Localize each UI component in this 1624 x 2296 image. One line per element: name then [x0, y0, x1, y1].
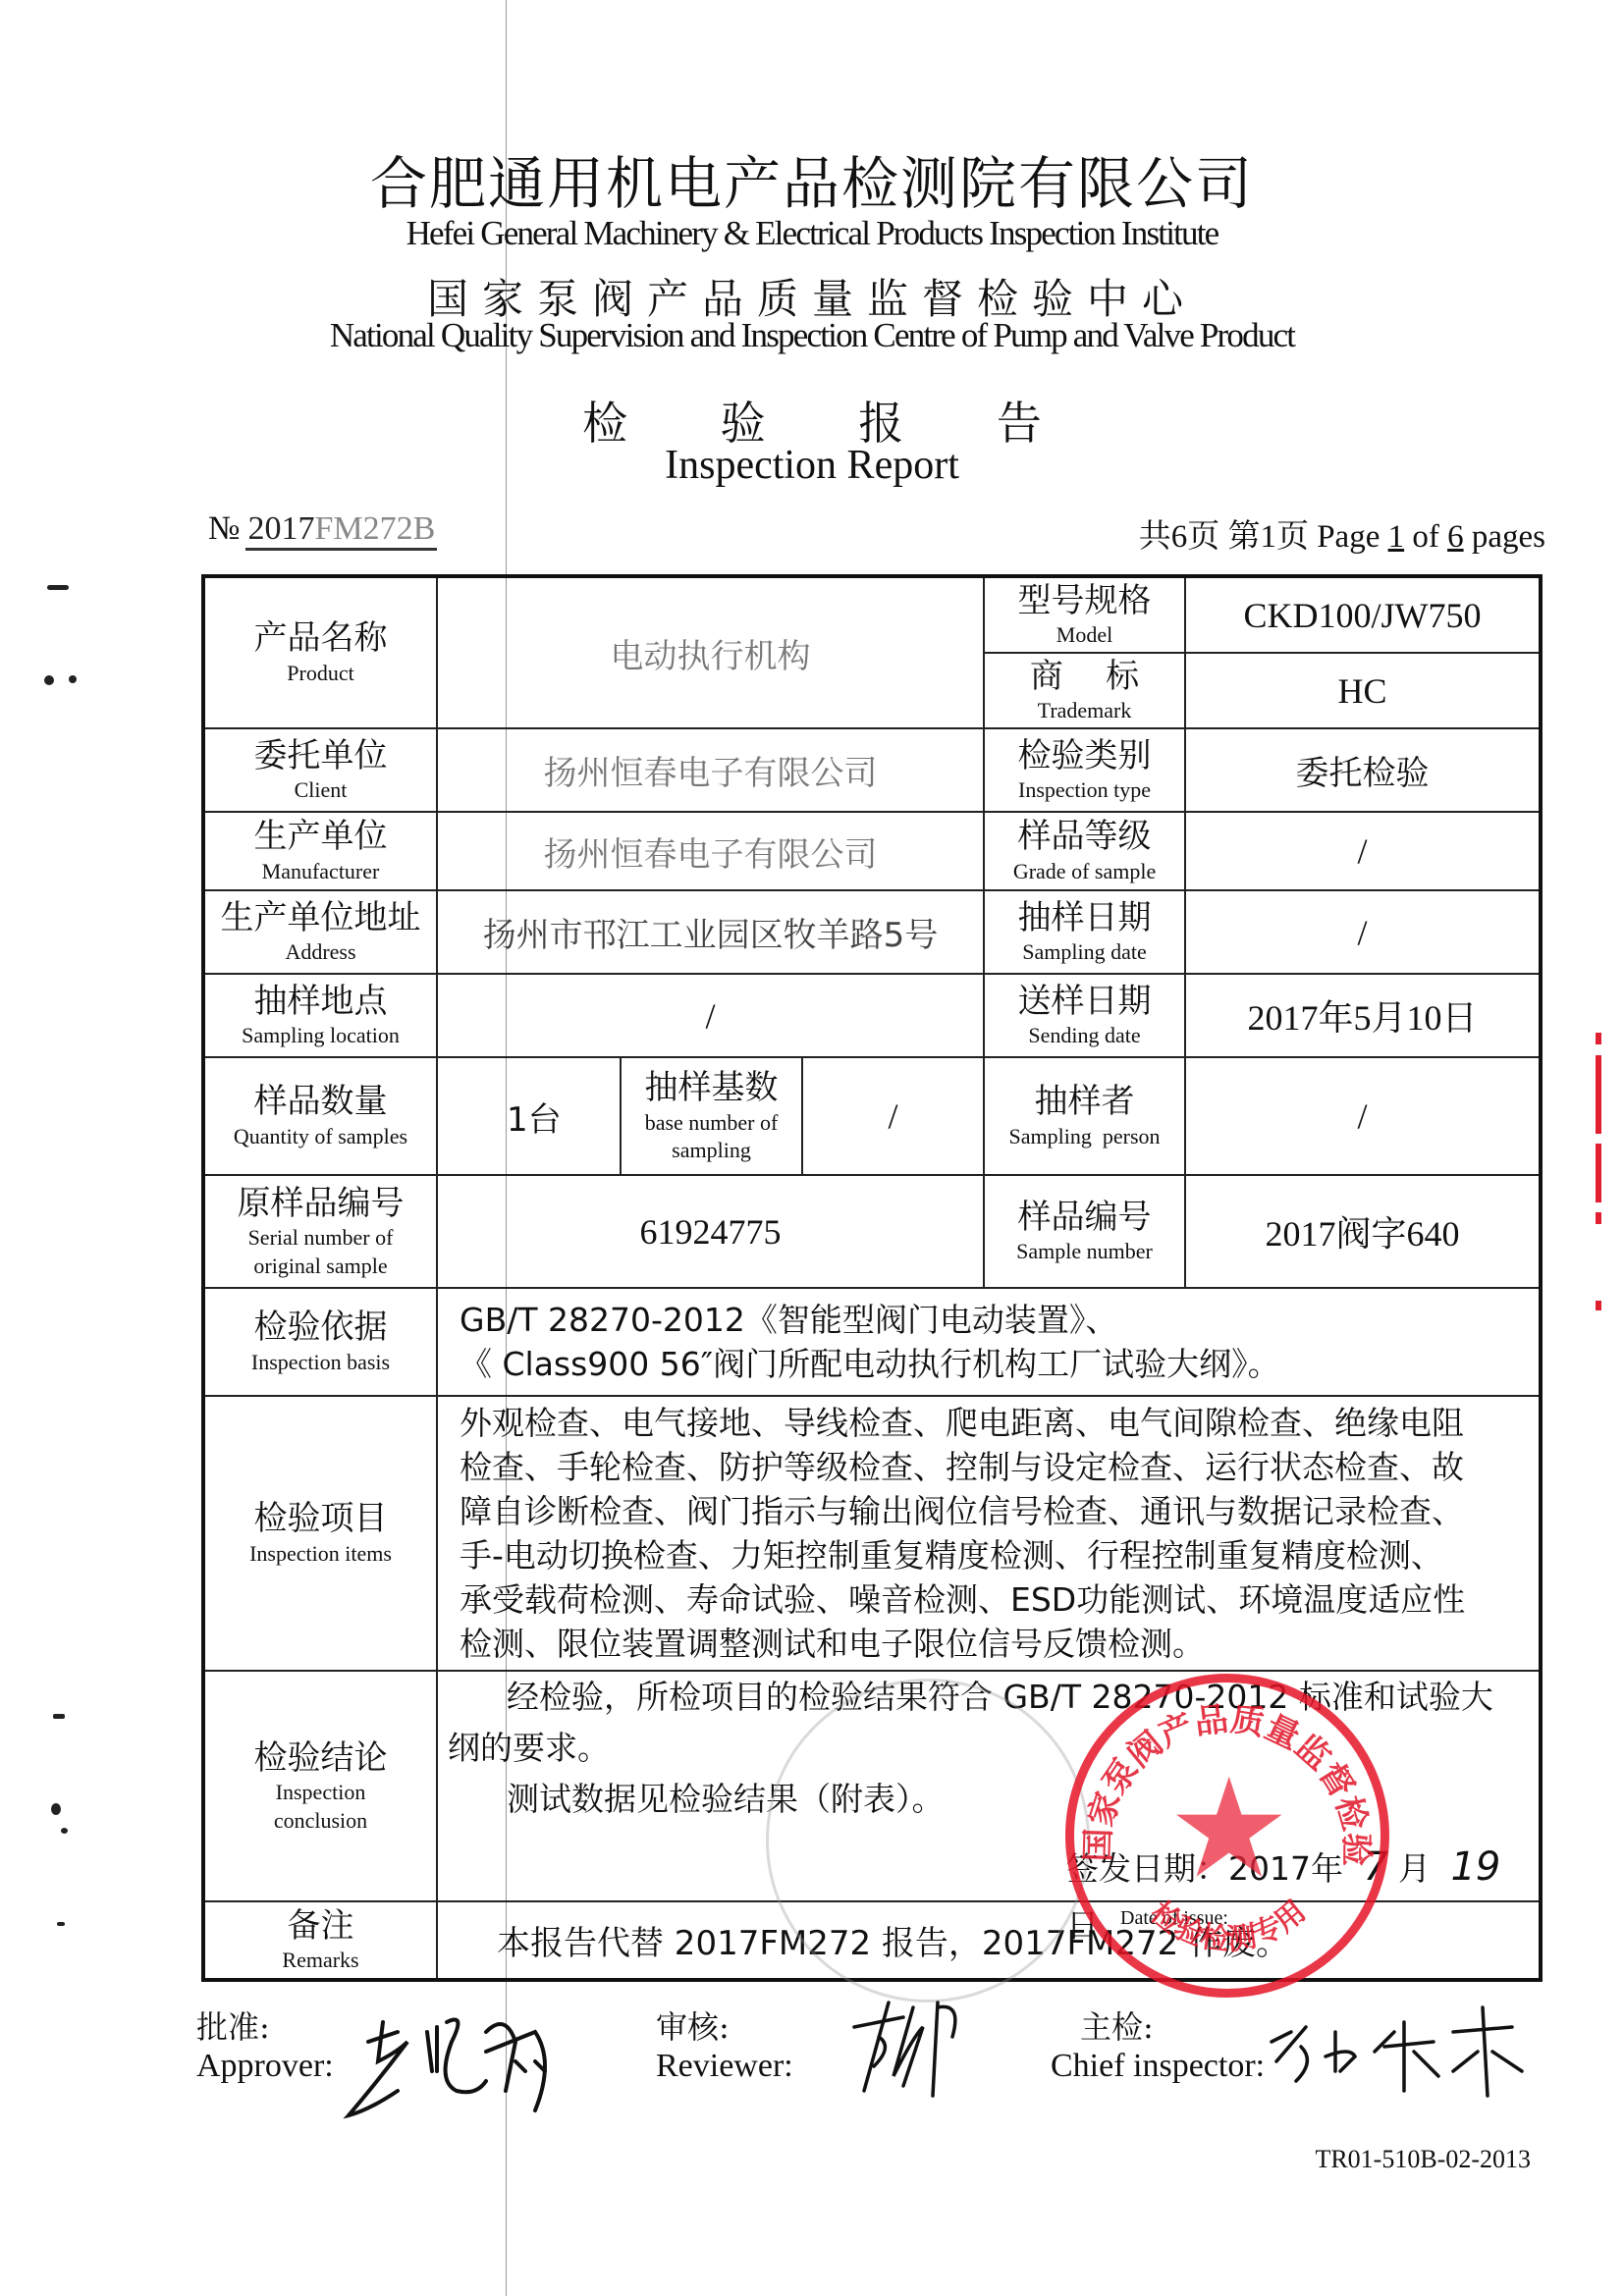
- inspection-items-label-en: Inspection items: [205, 1540, 436, 1569]
- serial-original-value: 61924775: [437, 1175, 984, 1288]
- inspection-basis-line: GB/T 28270-2012《智能型阀门电动装置》、: [460, 1298, 1521, 1342]
- grade-label-en: Grade of sample: [985, 858, 1184, 886]
- month-char: 月: [1398, 1849, 1431, 1888]
- margin-mark: [51, 1803, 61, 1815]
- seam-stamp-fragment: [1596, 1212, 1601, 1224]
- sampling-person-value: /: [1185, 1057, 1541, 1175]
- form-code: TR01-510B-02-2013: [1315, 2145, 1531, 2174]
- page-total: 6: [1447, 519, 1464, 555]
- sampling-location-label-en: Sampling location: [205, 1022, 436, 1050]
- pages-word: pages: [1472, 519, 1545, 555]
- base-number-label-en-2: sampling: [622, 1137, 801, 1165]
- report-title-en: Inspection Report: [0, 442, 1624, 489]
- pages-cn: 共6页 第1页: [1139, 519, 1309, 555]
- conclusion-label-cn: 检验结论: [205, 1737, 436, 1780]
- inspection-item-line: 承受载荷检测、寿命试验、噪音检测、ESD功能测试、环境温度适应性: [460, 1577, 1521, 1622]
- sample-number-value: 2017阀字640: [1185, 1175, 1541, 1288]
- page-indicator: 共6页 第1页 Page 1 of 6 pages: [1139, 510, 1545, 557]
- address-label: 生产单位地址 Address: [203, 890, 437, 974]
- inspection-basis-line: 《 Class900 56″阀门所配电动执行机构工厂试验大纲》。: [460, 1342, 1521, 1386]
- approver-signature: [339, 2002, 643, 2130]
- reviewer-label-cn: 审核:: [656, 2002, 793, 2048]
- product-label-cn: 产品名称: [205, 617, 436, 660]
- sending-date-value: 2017年5月10日: [1185, 974, 1541, 1057]
- sampling-date-label-cn: 抽样日期: [985, 897, 1184, 939]
- issue-day-handwritten: 19: [1450, 1844, 1500, 1890]
- model-label: 型号规格 Model: [984, 576, 1185, 653]
- of-word: of: [1412, 519, 1439, 555]
- page-current: 1: [1388, 519, 1405, 555]
- quantity-label-cn: 样品数量: [205, 1081, 436, 1123]
- reviewer-block: 审核: Reviewer:: [656, 2002, 793, 2085]
- inspection-item-line: 障自诊断检查、阀门指示与输出阀位信号检查、通讯与数据记录检查、: [460, 1489, 1521, 1533]
- sampling-location-value: /: [437, 974, 984, 1057]
- base-number-label: 抽样基数 base number of sampling: [621, 1057, 802, 1175]
- inspection-item-line: 检查、手轮检查、防护等级检查、控制与设定检查、运行状态检查、故: [460, 1445, 1521, 1489]
- client-label-cn: 委托单位: [205, 735, 436, 777]
- reviewer-signature: [844, 1998, 1011, 2106]
- inspection-basis-label-cn: 检验依据: [205, 1307, 436, 1349]
- report-number-suffix: FM272B: [314, 510, 435, 547]
- inspection-item-line: 检测、限位装置调整测试和电子限位信号反馈检测。: [460, 1622, 1521, 1666]
- approver-label-cn: 批准:: [196, 2002, 334, 2048]
- trademark-value: HC: [1185, 653, 1541, 728]
- sending-date-label-cn: 送样日期: [985, 981, 1184, 1023]
- chief-label-cn: 主检:: [1051, 2002, 1265, 2048]
- sampling-person-label: 抽样者 Sampling person: [984, 1057, 1185, 1175]
- inspection-items-label: 检验项目 Inspection items: [203, 1396, 437, 1671]
- sending-date-label: 送样日期 Sending date: [984, 974, 1185, 1057]
- seam-stamp-fragment: [1596, 1301, 1601, 1310]
- margin-mark: [47, 585, 69, 590]
- inspection-basis-label-en: Inspection basis: [205, 1349, 436, 1377]
- org-name-en: Hefei General Machinery & Electrical Pro…: [0, 214, 1624, 253]
- address-value: 扬州市邗江工业园区牧羊路5号: [437, 890, 984, 974]
- sample-number-label-en: Sample number: [985, 1238, 1184, 1266]
- sending-date-label-en: Sending date: [985, 1022, 1184, 1050]
- sampling-date-value: /: [1185, 890, 1541, 974]
- sampling-location-label: 抽样地点 Sampling location: [203, 974, 437, 1057]
- grade-label: 样品等级 Grade of sample: [984, 812, 1185, 890]
- manufacturer-label-cn: 生产单位: [205, 816, 436, 858]
- org-name-cn: 合肥通用机电产品检测院有限公司: [0, 137, 1624, 220]
- reviewer-label-en: Reviewer:: [656, 2048, 793, 2085]
- seam-stamp-fragment: [1596, 1033, 1601, 1044]
- product-label: 产品名称 Product: [203, 576, 437, 728]
- chief-inspector-signature: [1257, 2002, 1532, 2101]
- grade-value: /: [1185, 812, 1541, 890]
- margin-mark: [61, 1828, 68, 1834]
- sample-number-label: 样品编号 Sample number: [984, 1175, 1185, 1288]
- serial-original-label-en-1: Serial number of: [205, 1224, 436, 1253]
- conclusion-label-en-2: conclusion: [205, 1807, 436, 1836]
- approver-label-en: Approver:: [196, 2048, 334, 2085]
- sampling-person-label-en: Sampling person: [985, 1123, 1184, 1151]
- base-number-label-en-1: base number of: [622, 1109, 801, 1138]
- address-label-cn: 生产单位地址: [205, 897, 436, 939]
- seam-stamp-fragment: [1596, 1055, 1601, 1134]
- sampling-location-label-cn: 抽样地点: [205, 981, 436, 1023]
- base-number-value: /: [802, 1057, 984, 1175]
- serial-original-label-en-2: original sample: [205, 1253, 436, 1281]
- inspection-type-label-cn: 检验类别: [985, 735, 1184, 777]
- quantity-label: 样品数量 Quantity of samples: [203, 1057, 437, 1175]
- model-label-en: Model: [985, 621, 1184, 650]
- serial-original-label-cn: 原样品编号: [205, 1183, 436, 1225]
- conclusion-label-en-1: Inspection: [205, 1779, 436, 1807]
- sampling-person-label-cn: 抽样者: [985, 1081, 1184, 1123]
- inspection-items-label-cn: 检验项目: [205, 1498, 436, 1540]
- margin-mark: [44, 675, 54, 685]
- official-seal: 国家泵阀产品质量监督检验中心 检验检测专用章 ★: [1065, 1674, 1389, 1998]
- sampling-date-label-en: Sampling date: [985, 938, 1184, 967]
- client-label-en: Client: [205, 776, 436, 805]
- seam-stamp-fragment: [1596, 1144, 1601, 1202]
- inspection-basis-label: 检验依据 Inspection basis: [203, 1288, 437, 1396]
- report-number-year: 2017: [247, 510, 314, 547]
- report-number: №2017FM272B: [208, 510, 437, 551]
- inspection-item-line: 外观检查、电气接地、导线检查、爬电距离、电气间隙检查、绝缘电阻: [460, 1401, 1521, 1445]
- margin-mark: [57, 1922, 65, 1926]
- model-label-cn: 型号规格: [985, 580, 1184, 622]
- quantity-value: 1台: [437, 1057, 621, 1175]
- product-value: 电动执行机构: [437, 576, 984, 728]
- manufacturer-label-en: Manufacturer: [205, 858, 436, 886]
- margin-mark: [69, 675, 77, 683]
- remarks-label: 备注 Remarks: [203, 1901, 437, 1980]
- trademark-label: 商 标 Trademark: [984, 653, 1185, 728]
- conclusion-label: 检验结论 Inspection conclusion: [203, 1671, 437, 1901]
- client-label: 委托单位 Client: [203, 728, 437, 812]
- manufacturer-label: 生产单位 Manufacturer: [203, 812, 437, 890]
- sampling-date-label: 抽样日期 Sampling date: [984, 890, 1185, 974]
- model-value: CKD100/JW750: [1185, 576, 1541, 653]
- trademark-label-cn: 商 标: [985, 656, 1184, 698]
- serial-original-label: 原样品编号 Serial number of original sample: [203, 1175, 437, 1288]
- centre-name-en: National Quality Supervision and Inspect…: [0, 316, 1624, 355]
- inspection-type-label-en: Inspection type: [985, 776, 1184, 805]
- remarks-label-en: Remarks: [205, 1947, 436, 1975]
- product-label-en: Product: [205, 660, 436, 688]
- sample-number-label-cn: 样品编号: [985, 1197, 1184, 1239]
- number-symbol: №: [208, 510, 240, 547]
- client-value: 扬州恒春电子有限公司: [437, 728, 984, 812]
- inspection-item-line: 手-电动切换检查、力矩控制重复精度检测、行程控制重复精度检测、: [460, 1533, 1521, 1577]
- page-word: Page: [1317, 519, 1380, 555]
- trademark-label-en: Trademark: [985, 697, 1184, 725]
- quantity-label-en: Quantity of samples: [205, 1123, 436, 1151]
- inspection-type-label: 检验类别 Inspection type: [984, 728, 1185, 812]
- report-number-value: 2017FM272B: [245, 510, 437, 551]
- ghost-seal: [766, 1679, 1090, 2002]
- inspection-items-value: 外观检查、电气接地、导线检查、爬电距离、电气间隙检查、绝缘电阻 检查、手轮检查、…: [437, 1396, 1541, 1671]
- remarks-label-cn: 备注: [205, 1905, 436, 1948]
- grade-label-cn: 样品等级: [985, 816, 1184, 858]
- base-number-label-cn: 抽样基数: [622, 1067, 801, 1109]
- address-label-en: Address: [205, 938, 436, 967]
- margin-mark: [53, 1714, 65, 1719]
- inspection-type-value: 委托检验: [1185, 728, 1541, 812]
- approver-block: 批准: Approver:: [196, 2002, 334, 2085]
- chief-label-en: Chief inspector:: [1051, 2048, 1265, 2085]
- star-icon: ★: [1167, 1761, 1291, 1898]
- signature-row: 批准: Approver: 审核: Reviewer: 主检: Chief in…: [0, 2002, 1624, 2130]
- chief-inspector-block: 主检: Chief inspector:: [1051, 2002, 1265, 2085]
- manufacturer-value: 扬州恒春电子有限公司: [437, 812, 984, 890]
- inspection-basis-value: GB/T 28270-2012《智能型阀门电动装置》、 《 Class900 5…: [437, 1288, 1541, 1396]
